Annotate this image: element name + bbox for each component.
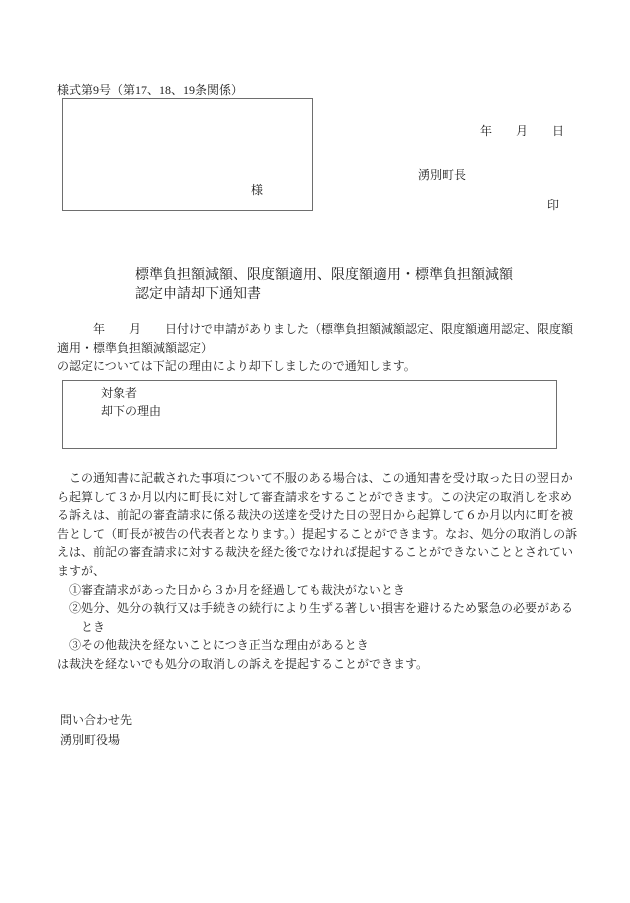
document-title-line1: 標準負担額減額、限度額適用、限度額適用・標準負担額減額 [135, 266, 513, 285]
addressee-box: 様 [62, 98, 313, 211]
subject-box-lines: 対象者 却下の理由 [101, 384, 161, 420]
document-title: 標準負担額減額、限度額適用、限度額適用・標準負担額減額 認定申請却下通知書 [135, 266, 513, 304]
mayor-name: 湧別町長 [418, 166, 466, 183]
contact-label: 問い合わせ先 [60, 710, 132, 730]
subject-label: 対象者 [101, 384, 161, 402]
application-paragraph: 年 月 日付けで申請がありました（標準負担額減額認定、限度額適用認定、限度額 適… [57, 320, 597, 376]
date-month-label: 月 [516, 122, 528, 139]
document-title-line2: 認定申請却下通知書 [135, 285, 513, 304]
contact-block: 問い合わせ先 湧別町役場 [60, 710, 132, 750]
document-page: 様式第9号（第17、18、19条関係） 様 年 月 日 湧別町長 印 標準負担額… [0, 0, 630, 903]
form-number: 様式第9号（第17、18、19条関係） [57, 81, 243, 98]
seal-mark: 印 [547, 196, 559, 213]
date-day-label: 日 [552, 122, 564, 139]
addressee-honorific: 様 [251, 181, 263, 198]
subject-reason-box: 対象者 却下の理由 [62, 380, 557, 449]
date-year-label: 年 [480, 122, 492, 139]
appeal-instructions-paragraph: この通知書に記載された事項について不服のある場合は、この通知書を受け取った日の翌… [57, 469, 602, 674]
rejection-reason-label: 却下の理由 [101, 402, 161, 420]
office-name: 湧別町役場 [60, 730, 132, 750]
